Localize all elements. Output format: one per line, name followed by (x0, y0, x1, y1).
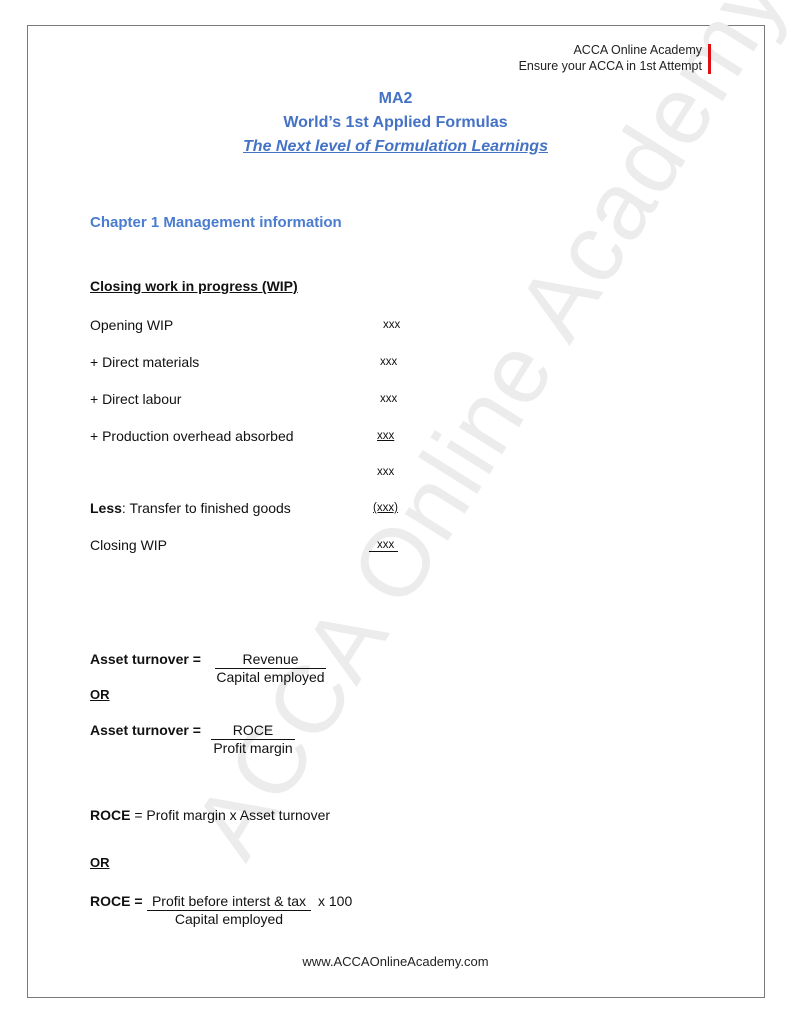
denominator: Profit margin (211, 740, 295, 757)
subject-title: MA2 (0, 90, 791, 108)
wip-row-label: + Direct labour (90, 391, 181, 407)
numerator: Profit before interst & tax (147, 893, 311, 911)
wip-row-label: Closing WIP (90, 537, 167, 553)
formula-label: Asset turnover = (90, 651, 201, 667)
wip-row-amount: xxx (380, 356, 397, 368)
asset-turnover-formula-1: Asset turnover = (90, 651, 201, 667)
wip-row: Less: Transfer to finished goods (xxx) (90, 500, 410, 518)
header-accent-bar (708, 44, 711, 74)
footer-url: www.ACCAOnlineAcademy.com (0, 954, 791, 969)
wip-row: + Direct materials xxx (90, 354, 410, 372)
numerator: ROCE (211, 722, 295, 740)
wip-row-label: + Direct materials (90, 354, 199, 370)
chapter-heading: Chapter 1 Management information (90, 214, 342, 231)
wip-row: + Production overhead absorbed xxx (90, 428, 410, 446)
brand-name: ACCA Online Academy (519, 42, 702, 58)
less-label: Less (90, 500, 122, 516)
header-brand: ACCA Online Academy Ensure your ACCA in … (519, 42, 702, 74)
wip-row-amount: xxx (369, 539, 398, 552)
or-separator: OR (90, 687, 110, 702)
asset-turnover-fraction-1: Revenue Capital employed (215, 651, 326, 686)
less-text: : Transfer to finished goods (122, 500, 291, 516)
wip-row-amount: xxx (380, 393, 397, 405)
roce-multiplier: x 100 (318, 893, 352, 909)
wip-row: + Direct labour xxx (90, 391, 410, 409)
wip-row-label: Less: Transfer to finished goods (90, 500, 291, 516)
numerator: Revenue (215, 651, 326, 669)
formula-label: ROCE (90, 807, 130, 823)
asset-turnover-fraction-2: ROCE Profit margin (211, 722, 295, 757)
wip-row-label: Opening WIP (90, 317, 173, 333)
wip-row-amount: xxx (383, 319, 400, 331)
roce-formula-1: ROCE = Profit margin x Asset turnover (90, 807, 330, 823)
wip-row-amount: xxx (377, 430, 394, 442)
or-separator: OR (90, 855, 110, 870)
wip-row: xxx (90, 464, 410, 482)
brand-tagline: Ensure your ACCA in 1st Attempt (519, 58, 702, 74)
denominator: Capital employed (147, 911, 311, 928)
wip-row-amount: (xxx) (373, 502, 398, 514)
formula-label: Asset turnover = (90, 722, 201, 738)
denominator: Capital employed (215, 669, 326, 686)
roce-formula-2: ROCE = (90, 893, 143, 909)
wip-row: Opening WIP xxx (90, 317, 410, 335)
wip-section-title: Closing work in progress (WIP) (90, 278, 298, 294)
wip-row: Closing WIP xxx (90, 537, 410, 555)
asset-turnover-formula-2: Asset turnover = (90, 722, 201, 738)
wip-row-label: + Production overhead absorbed (90, 428, 294, 444)
formula-label: ROCE = (90, 893, 143, 909)
wip-row-amount: xxx (377, 466, 394, 478)
headline: World’s 1st Applied Formulas (0, 114, 791, 132)
formula-body: = Profit margin x Asset turnover (130, 807, 330, 823)
tagline: The Next level of Formulation Learnings (0, 138, 791, 156)
roce-fraction: Profit before interst & tax Capital empl… (147, 893, 311, 928)
